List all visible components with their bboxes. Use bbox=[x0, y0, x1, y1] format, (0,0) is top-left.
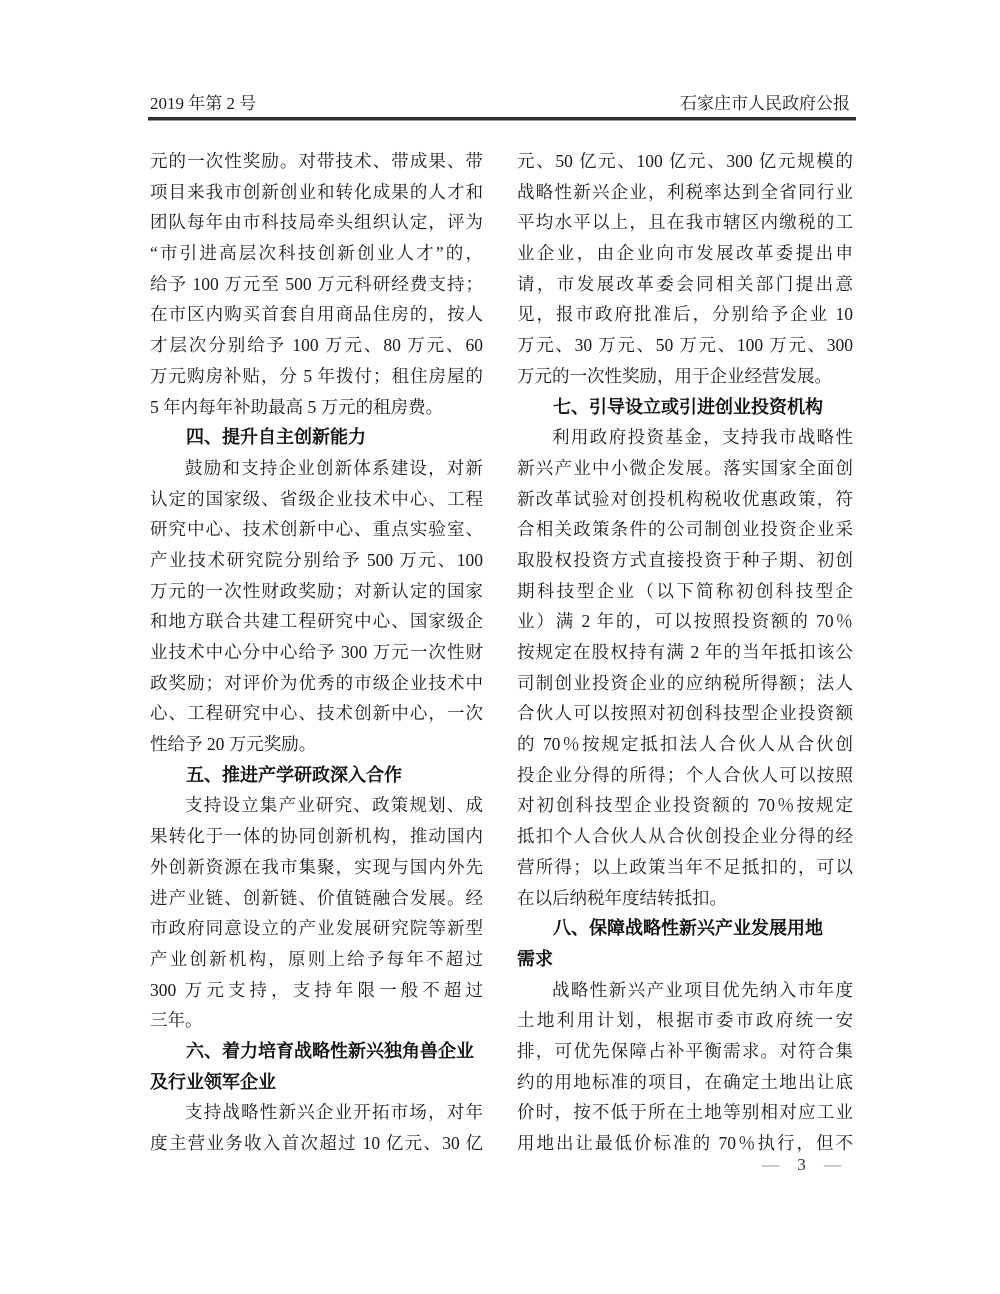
text-line: 利用政府投资基金，支持我市战略性 bbox=[517, 422, 853, 453]
footer-dash-left: — bbox=[762, 1155, 779, 1174]
text-line: 5 年内每年补助最高 5 万元的租房费。 bbox=[150, 392, 483, 423]
text-line: 心、工程研究中心、技术创新中心，一次 bbox=[150, 698, 483, 729]
section-heading: 七、引导设立或引进创业投资机构 bbox=[517, 392, 853, 423]
text-line: “市引进高层次科技创新创业人才”的， bbox=[150, 238, 483, 269]
text-line: 政奖励；对评价为优秀的市级企业技术中 bbox=[150, 668, 483, 699]
text-line: 才层次分别给予 100 万元、80 万元、60 bbox=[150, 330, 483, 361]
text-line: 和地方联合共建工程研究中心、国家级企 bbox=[150, 606, 483, 637]
text-line: 约的用地标准的项目，在确定土地出让底 bbox=[517, 1067, 853, 1098]
page-footer: — 3 — bbox=[517, 1153, 853, 1177]
text-line: 价时，按不低于所在土地等别相对应工业 bbox=[517, 1097, 853, 1128]
text-line: 给予 100 万元至 500 万元科研经费支持； bbox=[150, 269, 483, 300]
text-line: 产业创新机构，原则上给予每年不超过 bbox=[150, 944, 483, 975]
section-heading: 五、推进产学研政深入合作 bbox=[150, 760, 483, 791]
text-line: 支持战略性新兴企业开拓市场，对年 bbox=[150, 1097, 483, 1128]
text-line: 产业技术研究院分别给予 500 万元、100 bbox=[150, 545, 483, 576]
text-line: 的 70％按规定抵扣法人合伙人从合伙创 bbox=[517, 729, 853, 760]
header-publication-title: 石家庄市人民政府公报 bbox=[680, 92, 850, 116]
page-number: 3 bbox=[797, 1155, 806, 1174]
text-line: 营所得；以上政策当年不足抵扣的，可以 bbox=[517, 852, 853, 883]
section-heading: 六、着力培育战略性新兴独角兽企业 bbox=[150, 1036, 483, 1067]
text-line: 在以后纳税年度结转抵扣。 bbox=[517, 883, 853, 914]
text-line: 取股权投资方式直接投资于种子期、初创 bbox=[517, 545, 853, 576]
page-header: 2019 年第 2 号 石家庄市人民政府公报 bbox=[150, 92, 850, 116]
text-line: 支持设立集产业研究、政策规划、成 bbox=[150, 790, 483, 821]
text-line: 排，可优先保障占补平衡需求。对符合集 bbox=[517, 1036, 853, 1067]
text-line: 果转化于一体的协同创新机构，推动国内 bbox=[150, 821, 483, 852]
text-line: 投企业分得的所得；个人合伙人可以按照 bbox=[517, 760, 853, 791]
text-line: 市政府同意设立的产业发展研究院等新型 bbox=[150, 913, 483, 944]
bulletin-page: 2019 年第 2 号 石家庄市人民政府公报 元的一次性奖励。对带技术、带成果、… bbox=[0, 0, 1000, 1294]
text-line: 元的一次性奖励。对带技术、带成果、带 bbox=[150, 146, 483, 177]
section-heading: 四、提升自主创新能力 bbox=[150, 422, 483, 453]
text-line: 期科技型企业（以下简称初创科技型企 bbox=[517, 576, 853, 607]
text-line: 在市区内购买首套自用商品住房的，按人 bbox=[150, 299, 483, 330]
header-issue-number: 2019 年第 2 号 bbox=[150, 92, 256, 116]
text-line: 土地利用计划，根据市委市政府统一安 bbox=[517, 1005, 853, 1036]
header-divider-rule bbox=[148, 117, 856, 121]
text-line: 认定的国家级、省级企业技术中心、工程 bbox=[150, 484, 483, 515]
text-line: 见，报市政府批准后，分别给予企业 10 bbox=[517, 299, 853, 330]
section-heading: 及行业领军企业 bbox=[150, 1067, 483, 1098]
text-line: 对初创科技型企业投资额的 70％按规定 bbox=[517, 790, 853, 821]
text-line: 度主营业务收入首次超过 10 亿元、30 亿 bbox=[150, 1128, 483, 1159]
text-line: 请，市发展改革委会同相关部门提出意 bbox=[517, 269, 853, 300]
text-line: 按规定在股权持有满 2 年的当年抵扣该公 bbox=[517, 637, 853, 668]
text-line: 业技术中心分中心给予 300 万元一次性财 bbox=[150, 637, 483, 668]
text-line: 外创新资源在我市集聚，实现与国内外先 bbox=[150, 852, 483, 883]
section-heading: 八、保障战略性新兴产业发展用地 bbox=[517, 913, 853, 944]
text-line: 进产业链、创新链、价值链融合发展。经 bbox=[150, 883, 483, 914]
text-line: 三年。 bbox=[150, 1005, 483, 1036]
text-line: 性给予 20 万元奖励。 bbox=[150, 729, 483, 760]
footer-dash-right: — bbox=[824, 1155, 841, 1174]
text-line: 团队每年由市科技局牵头组织认定，评为 bbox=[150, 207, 483, 238]
text-line: 项目来我市创新创业和转化成果的人才和 bbox=[150, 177, 483, 208]
text-line: 300 万元支持，支持年限一般不超过 bbox=[150, 975, 483, 1006]
text-line: 万元、30 万元、50 万元、100 万元、300 bbox=[517, 330, 853, 361]
text-line: 研究中心、技术创新中心、重点实验室、 bbox=[150, 514, 483, 545]
right-text-column: 元、50 亿元、100 亿元、300 亿元规模的战略性新兴企业，利税率达到全省同… bbox=[517, 146, 853, 1159]
text-line: 抵扣个人合伙人从合伙创投企业分得的经 bbox=[517, 821, 853, 852]
text-line: 万元的一次性奖励，用于企业经营发展。 bbox=[517, 361, 853, 392]
text-line: 业）满 2 年的，可以按照投资额的 70％ bbox=[517, 606, 853, 637]
text-line: 万元的一次性财政奖励；对新认定的国家 bbox=[150, 576, 483, 607]
text-line: 平均水平以上，且在我市辖区内缴税的工 bbox=[517, 207, 853, 238]
text-line: 元、50 亿元、100 亿元、300 亿元规模的 bbox=[517, 146, 853, 177]
text-line: 业企业，由企业向市发展改革委提出申 bbox=[517, 238, 853, 269]
text-line: 万元购房补贴，分 5 年拨付；租住房屋的 bbox=[150, 361, 483, 392]
text-line: 合伙人可以按照对初创科技型企业投资额 bbox=[517, 698, 853, 729]
section-heading: 需求 bbox=[517, 944, 853, 975]
text-line: 战略性新兴企业，利税率达到全省同行业 bbox=[517, 177, 853, 208]
text-line: 战略性新兴产业项目优先纳入市年度 bbox=[517, 975, 853, 1006]
text-line: 新兴产业中小微企发展。落实国家全面创 bbox=[517, 453, 853, 484]
left-text-column: 元的一次性奖励。对带技术、带成果、带项目来我市创新创业和转化成果的人才和团队每年… bbox=[150, 146, 483, 1159]
text-line: 司制创业投资企业的应纳税所得额；法人 bbox=[517, 668, 853, 699]
text-line: 合相关政策条件的公司制创业投资企业采 bbox=[517, 514, 853, 545]
text-line: 鼓励和支持企业创新体系建设，对新 bbox=[150, 453, 483, 484]
text-line: 新改革试验对创投机构税收优惠政策，符 bbox=[517, 484, 853, 515]
